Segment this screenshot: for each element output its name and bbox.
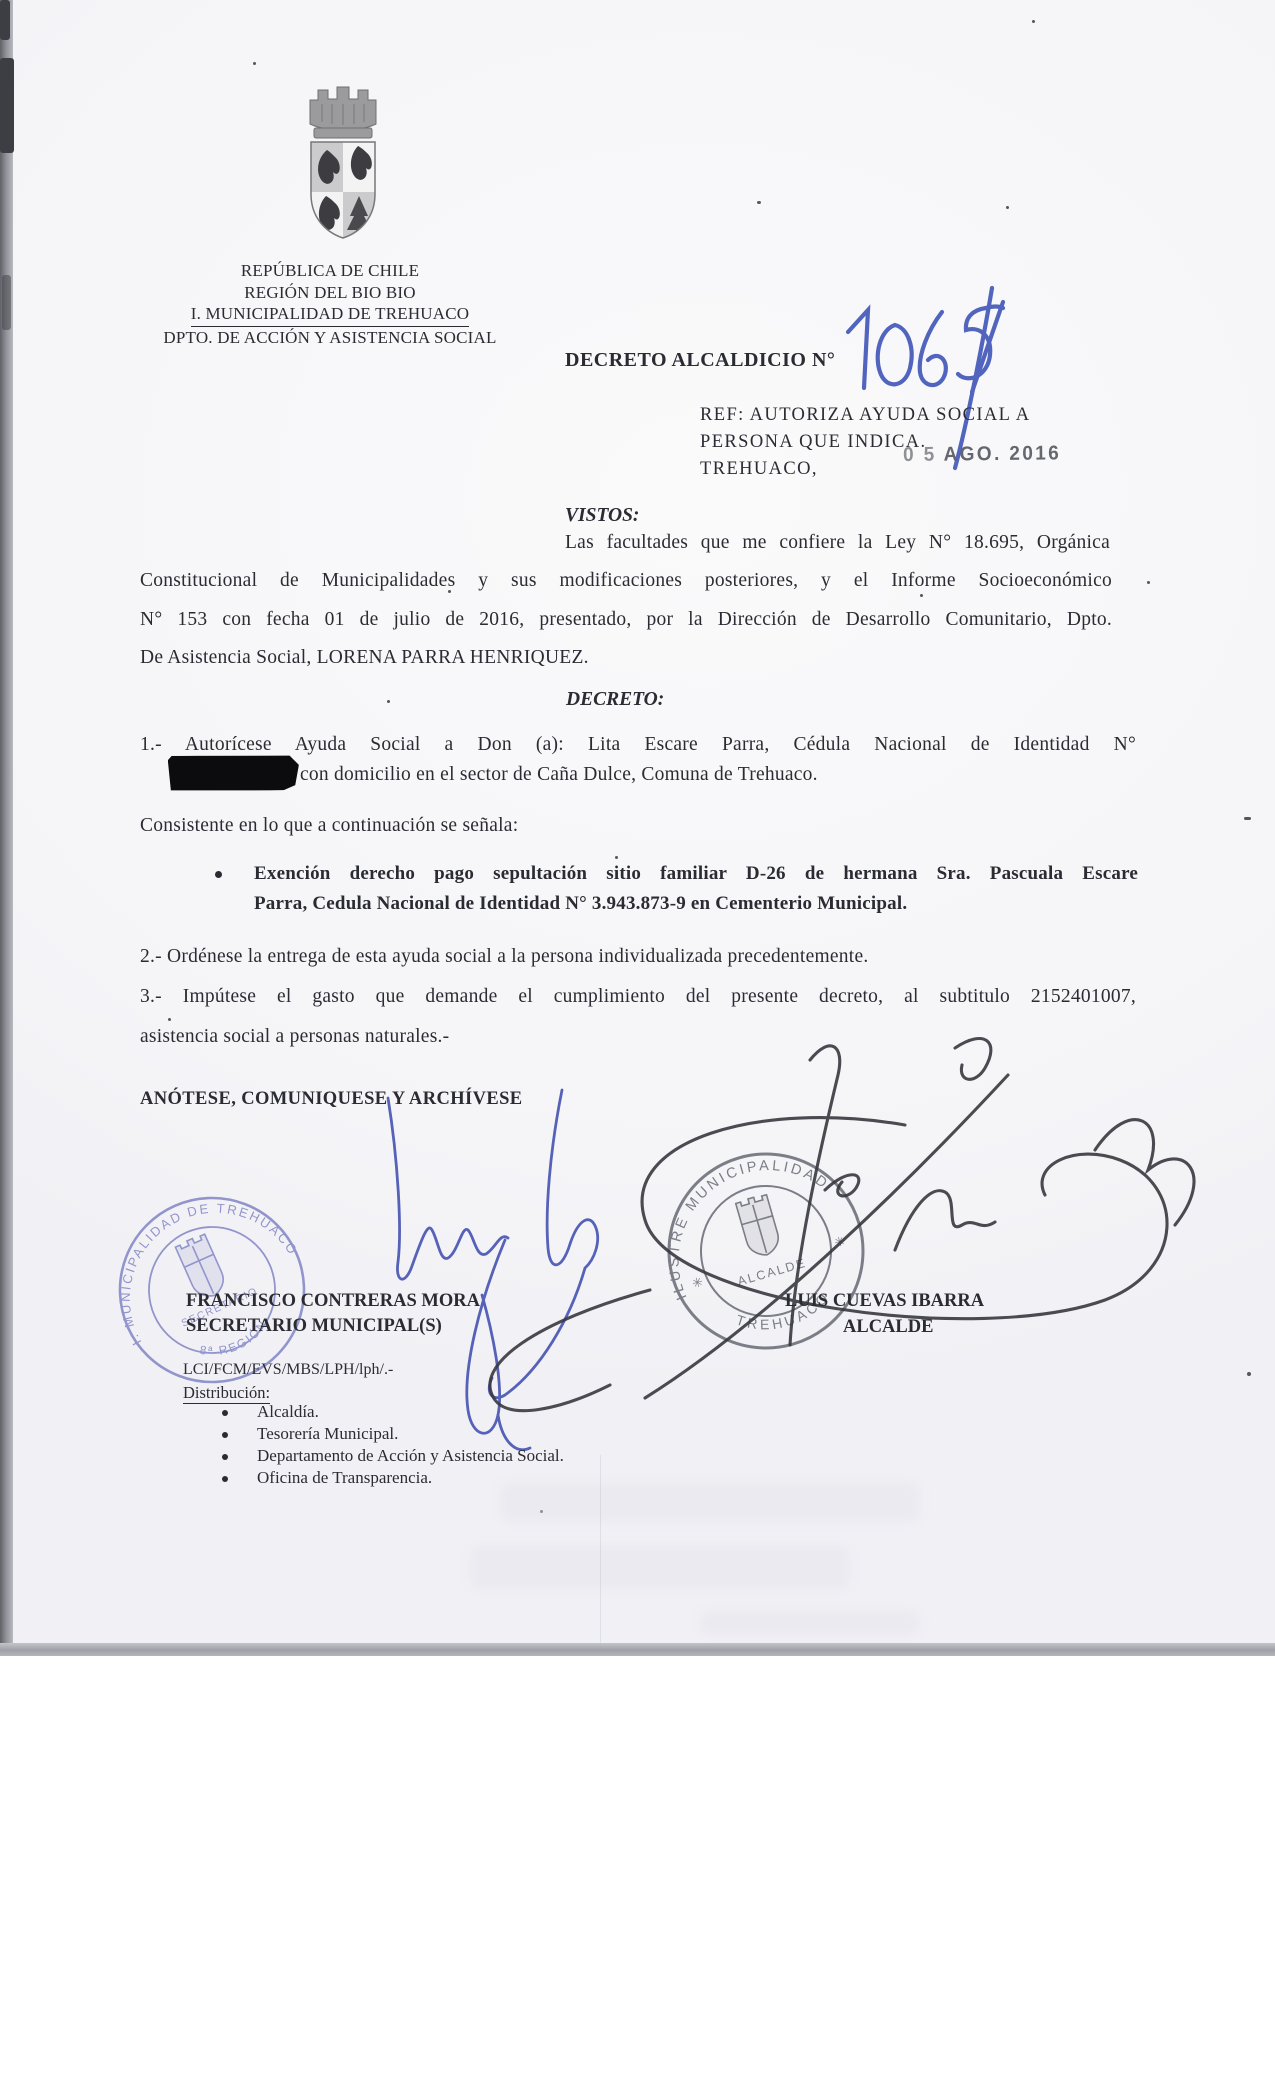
distribution-bullet-3 <box>222 1454 228 1460</box>
redaction-bar <box>168 754 299 792</box>
benefit-bullet-line-2: Parra, Cedula Nacional de Identidad N° 3… <box>254 893 907 914</box>
letterhead: REPÚBLICA DE CHILE REGIÓN DEL BIO BIO I.… <box>118 260 542 348</box>
vistos-line-4: De Asistencia Social, LORENA PARRA HENRI… <box>140 647 589 669</box>
scan-edge-blot <box>2 275 11 330</box>
distribution-item-4: Oficina de Transparencia. <box>257 1468 432 1487</box>
scan-speckle <box>253 62 256 65</box>
decreto-item-1-line-2: con domicilio en el sector de Caña Dulce… <box>300 764 818 786</box>
date-stamp-day: 0 5 <box>903 444 937 466</box>
scan-edge-blot <box>0 58 14 153</box>
bullet-dot <box>215 871 222 878</box>
distribution-bullet-4 <box>222 1476 228 1482</box>
ref-line-1: REF: AUTORIZA AYUDA SOCIAL A <box>700 402 1030 429</box>
scan-speckle <box>1247 1372 1251 1376</box>
scan-edge-shadow <box>0 0 13 1643</box>
scan-speckle <box>1032 20 1035 23</box>
date-stamp: 0 5 AGO. 2016 <box>903 442 1061 466</box>
mayor-name: LUIS CUEVAS IBARRA <box>785 1291 984 1312</box>
benefit-bullet-line-1: Exención derecho pago sepultación sitio … <box>254 863 1138 884</box>
decreto-item-2: 2.- Ordénese la entrega de esta ayuda so… <box>140 946 869 968</box>
scanner-bottom-band <box>0 1643 1275 1656</box>
scan-speckle <box>615 856 618 859</box>
decreto-item-3-line-1: 3.- Impútese el gasto que demande el cum… <box>140 986 1136 1008</box>
letterhead-line-department: DPTO. DE ACCIÓN Y ASISTENCIA SOCIAL <box>118 327 542 349</box>
bleed-through-ghost <box>700 1610 920 1635</box>
vistos-line-2: Constitucional de Municipalidades y sus … <box>140 570 1112 592</box>
coat-of-arms-icon <box>302 84 384 244</box>
secretary-name: FRANCISCO CONTRERAS MORA <box>186 1291 480 1312</box>
scan-speckle <box>920 594 923 597</box>
letterhead-line-municipality: I. MUNICIPALIDAD DE TREHUACO <box>118 303 542 327</box>
vistos-label: VISTOS: <box>565 505 639 527</box>
vistos-line-1: Las facultades que me confiere la Ley N°… <box>565 532 1110 554</box>
scan-speckle <box>448 590 451 593</box>
scanned-document: REPÚBLICA DE CHILE REGIÓN DEL BIO BIO I.… <box>0 0 1275 2100</box>
letterhead-line-republic: REPÚBLICA DE CHILE <box>118 260 542 282</box>
date-stamp-month-year: AGO. 2016 <box>944 442 1062 465</box>
scan-speckle <box>1147 581 1150 584</box>
scan-speckle <box>168 1018 171 1021</box>
scan-corner-mark <box>0 0 10 40</box>
mayor-title: ALCALDE <box>843 1317 933 1338</box>
distribution-item-1: Alcaldía. <box>257 1402 319 1421</box>
scan-speckle <box>387 700 390 703</box>
scan-speckle <box>1244 817 1251 820</box>
scanner-background <box>0 1656 1275 2100</box>
initials-line: LCI/FCM/EVS/MBS/LPH/lph/.- <box>183 1361 393 1379</box>
distribution-bullet-1 <box>222 1410 228 1416</box>
distribution-item-3: Departamento de Acción y Asistencia Soci… <box>257 1446 564 1465</box>
letterhead-line-region: REGIÓN DEL BIO BIO <box>118 282 542 304</box>
scan-speckle <box>1006 206 1009 209</box>
secretary-title: SECRETARIO MUNICIPAL(S) <box>186 1316 442 1337</box>
decreto-label: DECRETO: <box>566 689 664 711</box>
distribution-bullet-2 <box>222 1432 228 1438</box>
decreto-item-1-line-1: 1.- Autorícese Ayuda Social a Don (a): L… <box>140 734 1136 756</box>
decreto-item-3-line-2: asistencia social a personas naturales.- <box>140 1026 449 1048</box>
bleed-through-ghost <box>500 1482 920 1522</box>
mayor-signature <box>440 1020 1200 1420</box>
bleed-through-ghost <box>470 1545 850 1590</box>
decree-title: DECRETO ALCALDICIO N° <box>565 349 835 371</box>
distribution-item-2: Tesorería Municipal. <box>257 1424 398 1443</box>
vistos-line-3: N° 153 con fecha 01 de julio de 2016, pr… <box>140 609 1112 631</box>
scan-speckle <box>540 1510 543 1513</box>
scan-speckle <box>757 201 761 204</box>
consistente-line: Consistente en lo que a continuación se … <box>140 815 518 837</box>
